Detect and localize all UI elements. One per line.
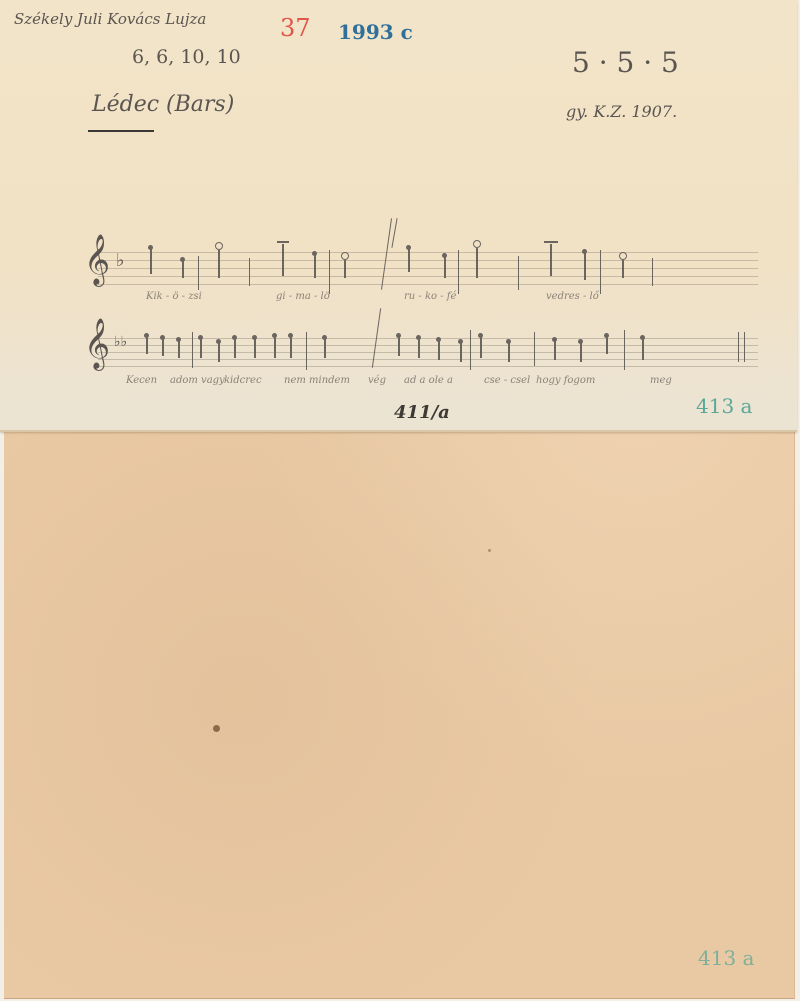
lyric-2-9: meg	[650, 375, 672, 386]
syllable-count: 6, 6, 10, 10	[132, 46, 241, 68]
form-notation: 5 · 5 · 5	[572, 46, 679, 79]
footer-green-number: 413 a	[696, 394, 752, 418]
lyric-2-7: cse - csel	[484, 375, 530, 386]
lyric-1-4: vedres - lő	[546, 291, 599, 302]
lyric-2-2: adom vagy	[170, 375, 225, 386]
lyric-2-3: kidcrec	[224, 375, 262, 386]
treble-clef-icon: 𝄞	[84, 318, 110, 369]
double-flat-key-signature: ♭♭	[114, 334, 127, 350]
lyric-2-1: Kecen	[126, 375, 157, 386]
lyric-1-2: gi - ma - lö	[276, 291, 330, 302]
lyric-2-4: nem mindem	[284, 375, 350, 386]
lyric-1-1: Kik - ö - zsi	[146, 291, 202, 302]
lyric-2-8: hogy fogom	[536, 375, 595, 386]
staff-2: 𝄞 ♭♭	[98, 336, 758, 376]
treble-clef-icon: 𝄞	[84, 234, 110, 285]
blue-number: 1993 c	[338, 20, 413, 44]
place-underline	[88, 130, 154, 132]
back-corner-number: 413 a	[698, 946, 754, 970]
collector-line: Székely Juli Kovács Lujza	[14, 10, 206, 28]
footer-catalog-number: 411/a	[394, 402, 450, 423]
front-sheet: Székely Juli Kovács Lujza 6, 6, 10, 10 L…	[0, 0, 797, 432]
lyric-2-5: vég	[368, 375, 386, 386]
stain-spot	[488, 549, 491, 552]
red-number: 37	[280, 14, 311, 42]
lyric-1-3: ru - ko - fé	[404, 291, 456, 302]
collection-note: gy. K.Z. 1907.	[566, 102, 677, 121]
place-name: Lédec (Bars)	[92, 92, 234, 117]
stain-spot	[213, 725, 220, 732]
staff-1: 𝄞 ♭	[98, 248, 758, 288]
flat-key-signature: ♭	[116, 250, 125, 271]
lyric-2-6: ad a ole a	[404, 375, 453, 386]
